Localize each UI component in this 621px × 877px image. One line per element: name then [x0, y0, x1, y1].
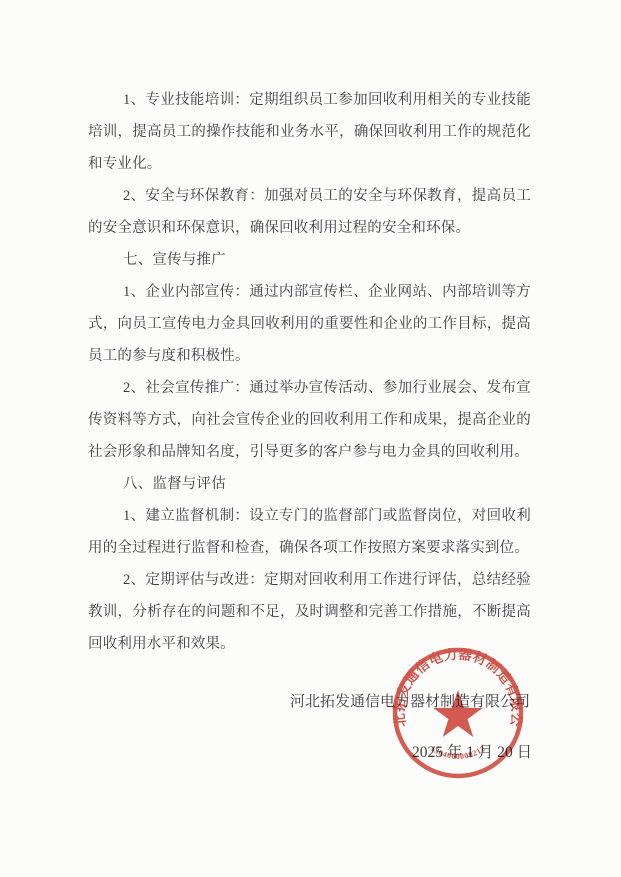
document-body: 1、专业技能培训：定期组织员工参加回收利用相关的专业技能 培训，提高员工的操作技…: [88, 84, 531, 660]
text-line: 的安全意识和环保意识，确保回收利用过程的安全和环保。: [88, 212, 531, 244]
text-line: 用的全过程进行监督和检查，确保各项工作按照方案要求落实到位。: [88, 532, 531, 564]
text-line: 培训，提高员工的操作技能和业务水平，确保回收利用工作的规范化: [88, 116, 531, 148]
text-line: 2、安全与环保教育：加强对员工的安全与环保教育，提高员工: [88, 180, 531, 212]
text-line: 式，向员工宣传电力金具回收利用的重要性和企业的工作目标，提高: [88, 308, 531, 340]
text-line: 1、建立监督机制：设立专门的监督部门或监督岗位，对回收利: [88, 500, 531, 532]
text-line: 2、定期评估与改进：定期对回收利用工作进行评估，总结经验: [88, 564, 531, 596]
document-page: 1、专业技能培训：定期组织员工参加回收利用相关的专业技能 培训，提高员工的操作技…: [0, 0, 621, 877]
seal-number-text: 1304060009212: [429, 744, 487, 761]
text-line: 员工的参与度和积极性。: [88, 340, 531, 372]
section-heading: 七、宣传与推广: [88, 244, 531, 276]
text-line: 1、专业技能培训：定期组织员工参加回收利用相关的专业技能: [88, 84, 531, 116]
section-heading: 八、监督与评估: [88, 468, 531, 500]
text-line: 1、企业内部宣传：通过内部宣传栏、企业网站、内部培训等方: [88, 276, 531, 308]
text-line: 和专业化。: [88, 148, 531, 180]
company-seal: 河北拓发通信电力器材制造有限公司 1304060009212: [380, 635, 536, 791]
seal-star-icon: [433, 690, 482, 737]
text-line: 教训，分析存在的问题和不足，及时调整和完善工作措施，不断提高: [88, 596, 531, 628]
text-line: 2、社会宣传推广：通过举办宣传活动、参加行业展会、发布宣: [88, 372, 531, 404]
svg-text:1304060009212: 1304060009212: [429, 744, 487, 761]
text-line: 社会形象和品牌知名度，引导更多的客户参与电力金具的回收利用。: [88, 436, 531, 468]
text-line: 传资料等方式，向社会宣传企业的回收利用工作和成果，提高企业的: [88, 404, 531, 436]
